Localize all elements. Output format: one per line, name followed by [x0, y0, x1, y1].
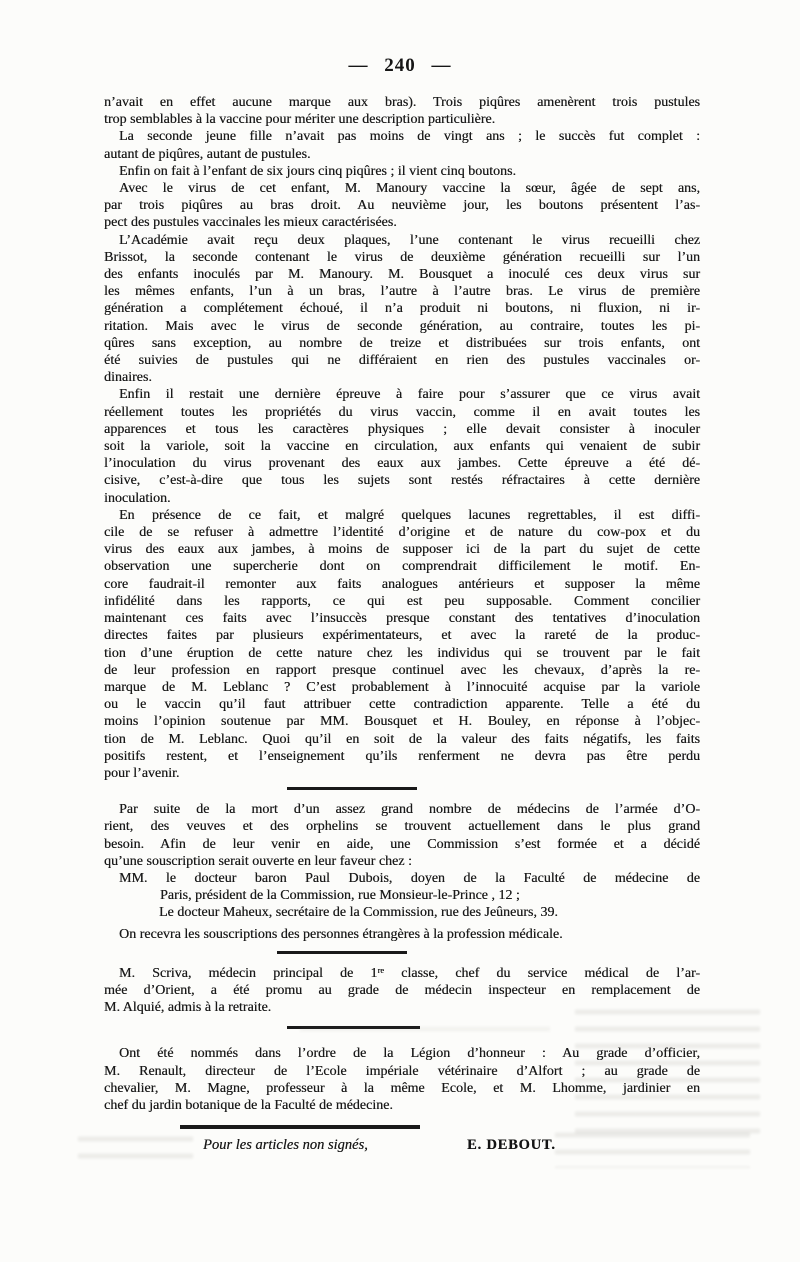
- text-line: les mêmes enfants, l’un à un bras, l’aut…: [104, 283, 700, 300]
- text-line: mée d’Orient, a été promu au grade de mé…: [104, 982, 700, 999]
- text-line: moins l’opinion soutenue par MM. Bousque…: [104, 713, 700, 730]
- text-line: cile de se refuser à admettre l’identité…: [104, 524, 700, 541]
- article-promotion: M. Scriva, médecin principal de 1ʳᵉ clas…: [104, 965, 700, 1017]
- text-line: Ont été nommés dans l’ordre de la Légion…: [104, 1045, 700, 1062]
- text-line: Avec le virus de cet enfant, M. Manoury …: [104, 180, 700, 197]
- paragraph: M. Scriva, médecin principal de 1ʳᵉ clas…: [104, 965, 700, 1017]
- paragraph: Par suite de la mort d’un assez grand no…: [104, 801, 700, 870]
- section-divider: [287, 1026, 420, 1029]
- article-subscription: Par suite de la mort d’un assez grand no…: [104, 801, 700, 943]
- text-line: Enfin il restait une dernière épreuve à …: [104, 386, 700, 403]
- signature-line: Pour les articles non signés, E. DEBOUT.: [104, 1137, 700, 1157]
- signature-label: Pour les articles non signés,: [203, 1137, 368, 1154]
- text-line: besoin. Afin de leur venir en aide, une …: [104, 836, 700, 853]
- text-line: qu’une souscription serait ouverte en le…: [104, 853, 700, 870]
- text-line: n’avait en effet aucune marque aux bras)…: [104, 94, 700, 111]
- text-line: tion d’une éruption de cette nature chez…: [104, 645, 700, 662]
- text-line: inoculation.: [104, 490, 700, 507]
- text-line: qûres sans exception, au nombre de treiz…: [104, 335, 700, 352]
- text-line: core faudrait-il remonter aux faits anal…: [104, 576, 700, 593]
- article-legion-honneur: Ont été nommés dans l’ordre de la Légion…: [104, 1045, 700, 1114]
- text-line: M. Renault, directeur de l’Ecole impéria…: [104, 1063, 700, 1080]
- text-line: L’Académie avait reçu deux plaques, l’un…: [104, 232, 700, 249]
- paragraph: On recevra les souscriptions des personn…: [104, 926, 700, 943]
- text-line: Paris, président de la Commission, rue M…: [160, 887, 700, 904]
- text-line: ritation. Mais avec le virus de seconde …: [104, 318, 700, 335]
- text-line: maintenant ces faits avec l’insuccès pre…: [104, 610, 700, 627]
- paragraph-committee-president: MM. le docteur baron Paul Dubois, doyen …: [104, 870, 700, 904]
- section-divider: [180, 1125, 420, 1129]
- text-line: ou le vaccin qu’il faut attribuer cette …: [104, 696, 700, 713]
- text-line: été suivies de pustules qui ne différaie…: [104, 352, 700, 369]
- text-line: soit la variole, soit la vaccine en circ…: [104, 438, 700, 455]
- paragraph: Enfin on fait à l’enfant de six jours ci…: [104, 163, 700, 180]
- page-number: — 240 —: [0, 54, 800, 77]
- text-line: chef du jardin botanique de la Faculté d…: [104, 1097, 700, 1114]
- paragraph: Avec le virus de cet enfant, M. Manoury …: [104, 180, 700, 232]
- text-line: pect des pustules vaccinales les mieux c…: [104, 214, 700, 231]
- text-line: pour l’avenir.: [104, 765, 700, 782]
- scanned-page: — 240 — n’avait en effet aucune marque a…: [0, 0, 800, 1262]
- text-line: infidélité dans les rapports, ce qui est…: [104, 593, 700, 610]
- section-divider: [277, 951, 407, 954]
- section-divider: [287, 787, 417, 790]
- text-line: chevalier, M. Magne, professeur à la mêm…: [104, 1080, 700, 1097]
- paragraph: Ont été nommés dans l’ordre de la Légion…: [104, 1045, 700, 1114]
- text-line: positifs restent, et l’enseignement qu’i…: [104, 748, 700, 765]
- text-line: MM. le docteur baron Paul Dubois, doyen …: [104, 870, 700, 887]
- paragraph: n’avait en effet aucune marque aux bras)…: [104, 94, 700, 128]
- text-line: On recevra les souscriptions des personn…: [104, 926, 700, 943]
- text-line: génération a complétement échoué, il n’a…: [104, 300, 700, 317]
- text-line: marque de M. Leblanc ? C’est probablemen…: [104, 679, 700, 696]
- text-line: rient, des veuves et des orphelins se tr…: [104, 818, 700, 835]
- text-line: observation une supercherie dont on comp…: [104, 558, 700, 575]
- text-line: M. Alquié, admis à la retraite.: [104, 999, 700, 1016]
- text-line: Enfin on fait à l’enfant de six jours ci…: [104, 163, 700, 180]
- text-line: apparences et tous les caractères physiq…: [104, 421, 700, 438]
- paragraph-committee-secretary: Le docteur Maheux, secrétaire de la Comm…: [104, 904, 700, 921]
- paragraph: L’Académie avait reçu deux plaques, l’un…: [104, 232, 700, 387]
- page-body: n’avait en effet aucune marque aux bras)…: [104, 94, 700, 1157]
- text-line: autant de piqûres, autant de pustules.: [104, 146, 700, 163]
- text-line: Par suite de la mort d’un assez grand no…: [104, 801, 700, 818]
- text-line: dinaires.: [104, 369, 700, 386]
- paragraph: Enfin il restait une dernière épreuve à …: [104, 386, 700, 506]
- text-line: réellement toutes les propriétés du viru…: [104, 404, 700, 421]
- text-line: M. Scriva, médecin principal de 1ʳᵉ clas…: [104, 965, 700, 982]
- text-line: tion de M. Leblanc. Quoi qu’il en soit d…: [104, 731, 700, 748]
- text-line: La seconde jeune fille n’avait pas moins…: [104, 128, 700, 145]
- text-line: virus des eaux aux jambes, à moins de su…: [104, 541, 700, 558]
- article-vaccine-report: n’avait en effet aucune marque aux bras)…: [104, 94, 700, 782]
- paragraph: En présence de ce fait, et malgré quelqu…: [104, 507, 700, 782]
- text-line: des enfants inoculés par M. Manoury. M. …: [104, 266, 700, 283]
- text-line: cisive, c’est-à-dire que tous les sujets…: [104, 472, 700, 489]
- text-line: Le docteur Maheux, secrétaire de la Comm…: [159, 904, 700, 921]
- text-line: de leur profession en rapport presque co…: [104, 662, 700, 679]
- page-header: — 240 —: [0, 0, 800, 77]
- text-line: directes faites par plusieurs expériment…: [104, 627, 700, 644]
- text-line: l’inoculation du virus provenant des eau…: [104, 455, 700, 472]
- text-line: En présence de ce fait, et malgré quelqu…: [104, 507, 700, 524]
- text-line: Brissot, la seconde contenant le virus d…: [104, 249, 700, 266]
- paragraph: La seconde jeune fille n’avait pas moins…: [104, 128, 700, 162]
- text-line: par trois piqûres au bras droit. Au neuv…: [104, 197, 700, 214]
- text-line: trop semblables à la vaccine pour mérite…: [104, 111, 700, 128]
- signature-name: E. DEBOUT.: [467, 1137, 556, 1154]
